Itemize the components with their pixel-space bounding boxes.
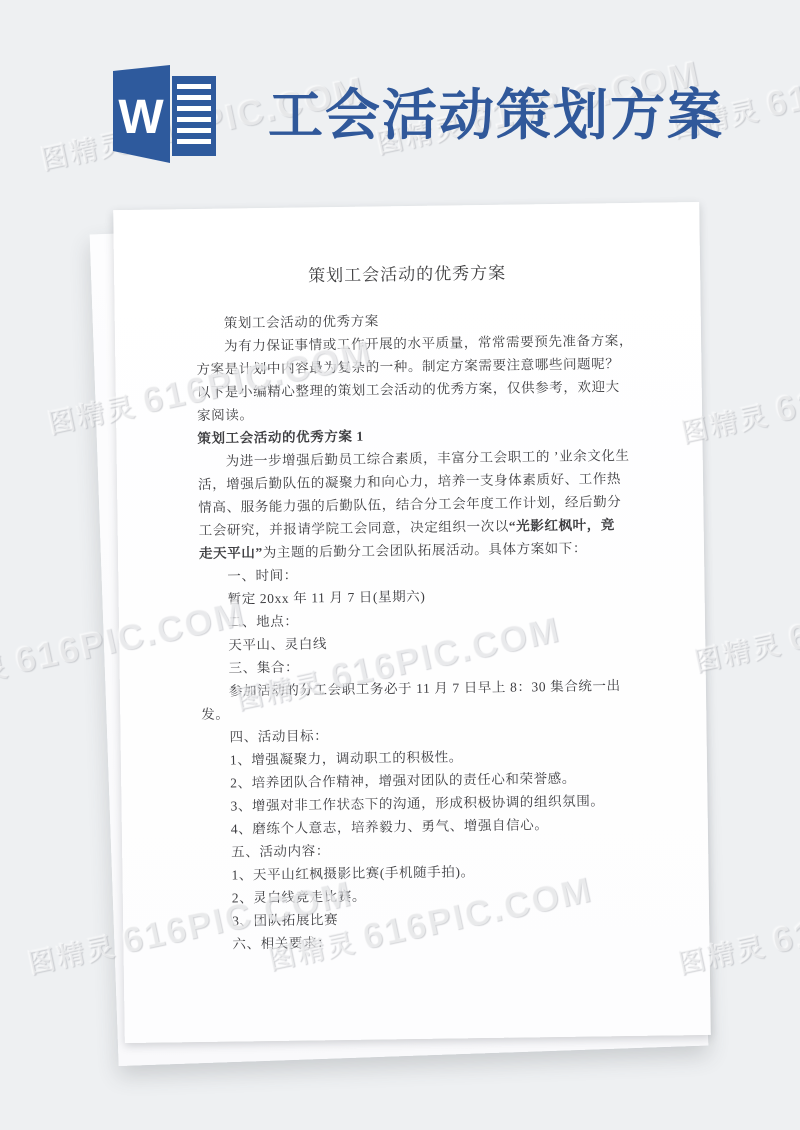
- word-icon: W: [110, 62, 218, 168]
- page-title: 工会活动策划方案: [268, 88, 724, 143]
- document-page: 策划工会活动的优秀方案 策划工会活动的优秀方案为有力保证事情或工作开展的水平质量…: [113, 202, 711, 1043]
- watermark-text: 图精灵616PIC.COM: [689, 570, 800, 680]
- header: W 工会活动策划方案: [110, 62, 800, 168]
- document-title: 策划工会活动的优秀方案: [114, 259, 700, 290]
- page-background: 策划工会活动的优秀方案 策划工会活动的优秀方案为有力保证事情或工作开展的水平质量…: [0, 0, 800, 1130]
- document-body: 策划工会活动的优秀方案为有力保证事情或工作开展的水平质量，常常需要预先准备方案，…: [115, 305, 710, 957]
- word-icon-letter: W: [118, 91, 164, 144]
